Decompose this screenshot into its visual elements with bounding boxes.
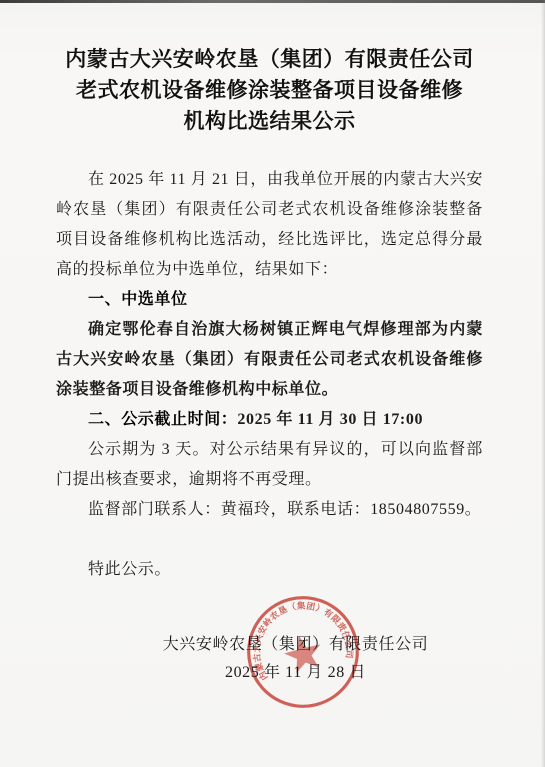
signature-block: 大兴安岭农垦（集团）有限责任公司 2025 年 11 月 28 日 xyxy=(56,631,483,687)
closing-line: 特此公示。 xyxy=(56,555,483,585)
section2-heading-label: 二、公示截止时间： xyxy=(88,411,237,428)
section2-heading: 二、公示截止时间：2025 年 11 月 30 日 17:00 xyxy=(56,405,483,435)
document-content: 内蒙古大兴安岭农垦（集团）有限责任公司 老式农机设备维修涂装整备项目设备维修 机… xyxy=(0,0,545,687)
section1-heading: 一、中选单位 xyxy=(56,285,483,315)
contact-line: 监督部门联系人：黄福玲，联系电话：18504807559。 xyxy=(56,495,483,525)
signature-date: 2025 年 11 月 28 日 xyxy=(108,659,483,687)
title-line-1: 内蒙古大兴安岭农垦（集团）有限责任公司 xyxy=(56,44,483,75)
scanned-notice-page: 内蒙古大兴安岭农垦（集团）有限责任公司 老式农机设备维修涂装整备项目设备维修 机… xyxy=(0,0,545,767)
title-line-3: 机构比选结果公示 xyxy=(56,106,483,137)
document-title: 内蒙古大兴安岭农垦（集团）有限责任公司 老式农机设备维修涂装整备项目设备维修 机… xyxy=(56,44,483,137)
section2-heading-value: 2025 年 11 月 30 日 17:00 xyxy=(237,411,423,428)
section1-body: 确定鄂伦春自治旗大杨树镇正辉电气焊修理部为内蒙古大兴安岭农垦（集团）有限责任公司… xyxy=(56,315,483,405)
intro-paragraph: 在 2025 年 11 月 21 日，由我单位开展的内蒙古大兴安岭农垦（集团）有… xyxy=(56,165,483,285)
title-line-2: 老式农机设备维修涂装整备项目设备维修 xyxy=(56,75,483,106)
section2-body: 公示期为 3 天。对公示结果有异议的，可以向监督部门提出核查要求，逾期将不再受理… xyxy=(56,435,483,495)
signature-company: 大兴安岭农垦（集团）有限责任公司 xyxy=(108,631,483,659)
